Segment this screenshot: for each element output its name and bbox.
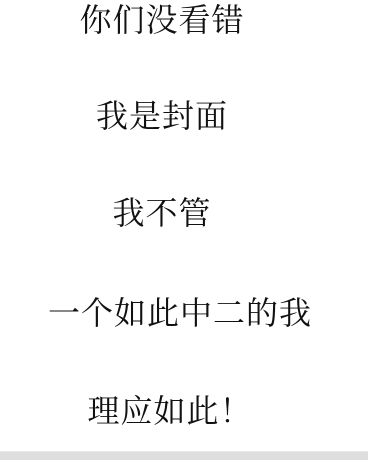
cover-line-4: 一个如此中二的我 <box>0 293 364 333</box>
cover-line-3: 我不管 <box>0 193 346 233</box>
cover-line-1: 你们没看错 <box>0 0 346 40</box>
cover-text-block: 你们没看错 我是封面 我不管 一个如此中二的我 理应如此！ <box>0 0 368 451</box>
bottom-bar <box>0 451 368 460</box>
cover-line-2: 我是封面 <box>0 96 346 136</box>
cover-line-5: 理应如此！ <box>0 391 354 431</box>
